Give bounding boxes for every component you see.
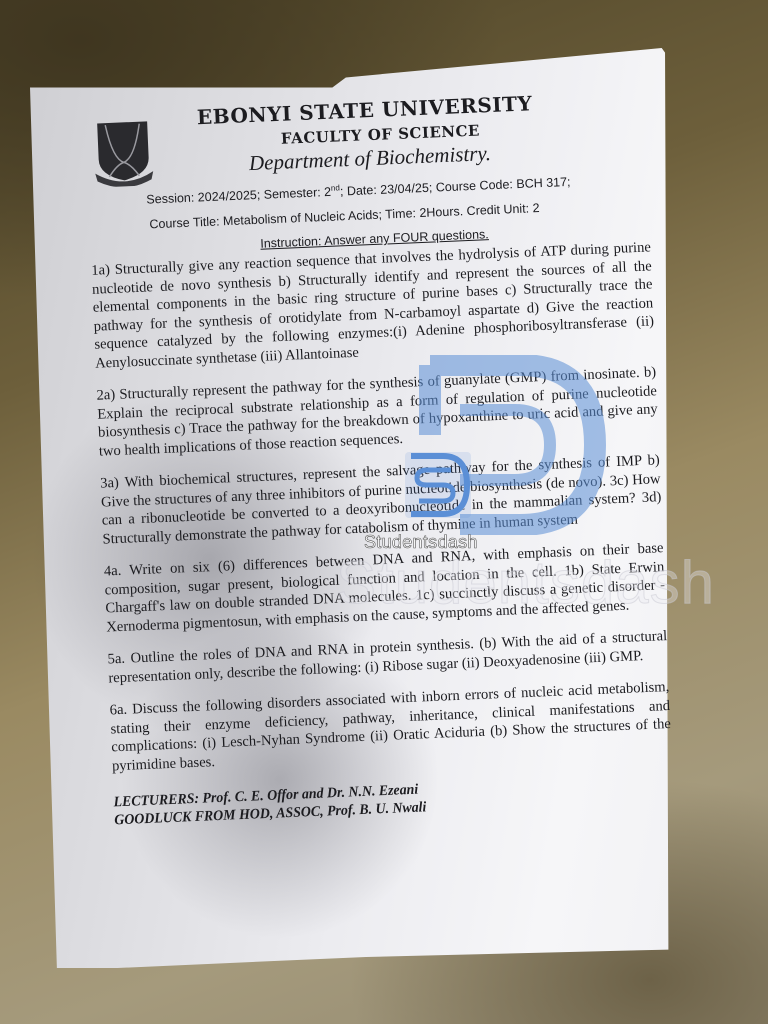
question-3: 3a) With biochemical structures, represe…: [100, 451, 663, 548]
session-prefix: Session: 2024/2025; Semester: 2: [146, 185, 331, 207]
question-1: 1a) Structurally give any reaction seque…: [91, 238, 655, 372]
exam-content: EBONYI STATE UNIVERSITY FACULTY OF SCIEN…: [84, 73, 674, 830]
university-crest-icon: [91, 117, 156, 188]
session-suffix: ; Date: 23/04/25; Course Code: BCH 317;: [340, 175, 571, 199]
question-4: 4a. Write on six (6) differences between…: [104, 539, 667, 636]
question-list: 1a) Structurally give any reaction seque…: [91, 238, 672, 775]
question-2: 2a) Structurally represent the pathway f…: [96, 363, 659, 460]
question-5: 5a. Outline the roles of DNA and RNA in …: [107, 627, 668, 687]
exam-header: EBONYI STATE UNIVERSITY FACULTY OF SCIEN…: [84, 73, 650, 256]
semester-ordinal: nd: [331, 183, 340, 192]
question-6: 6a. Discuss the following disorders asso…: [109, 678, 672, 775]
university-name: EBONYI STATE UNIVERSITY: [196, 91, 532, 129]
